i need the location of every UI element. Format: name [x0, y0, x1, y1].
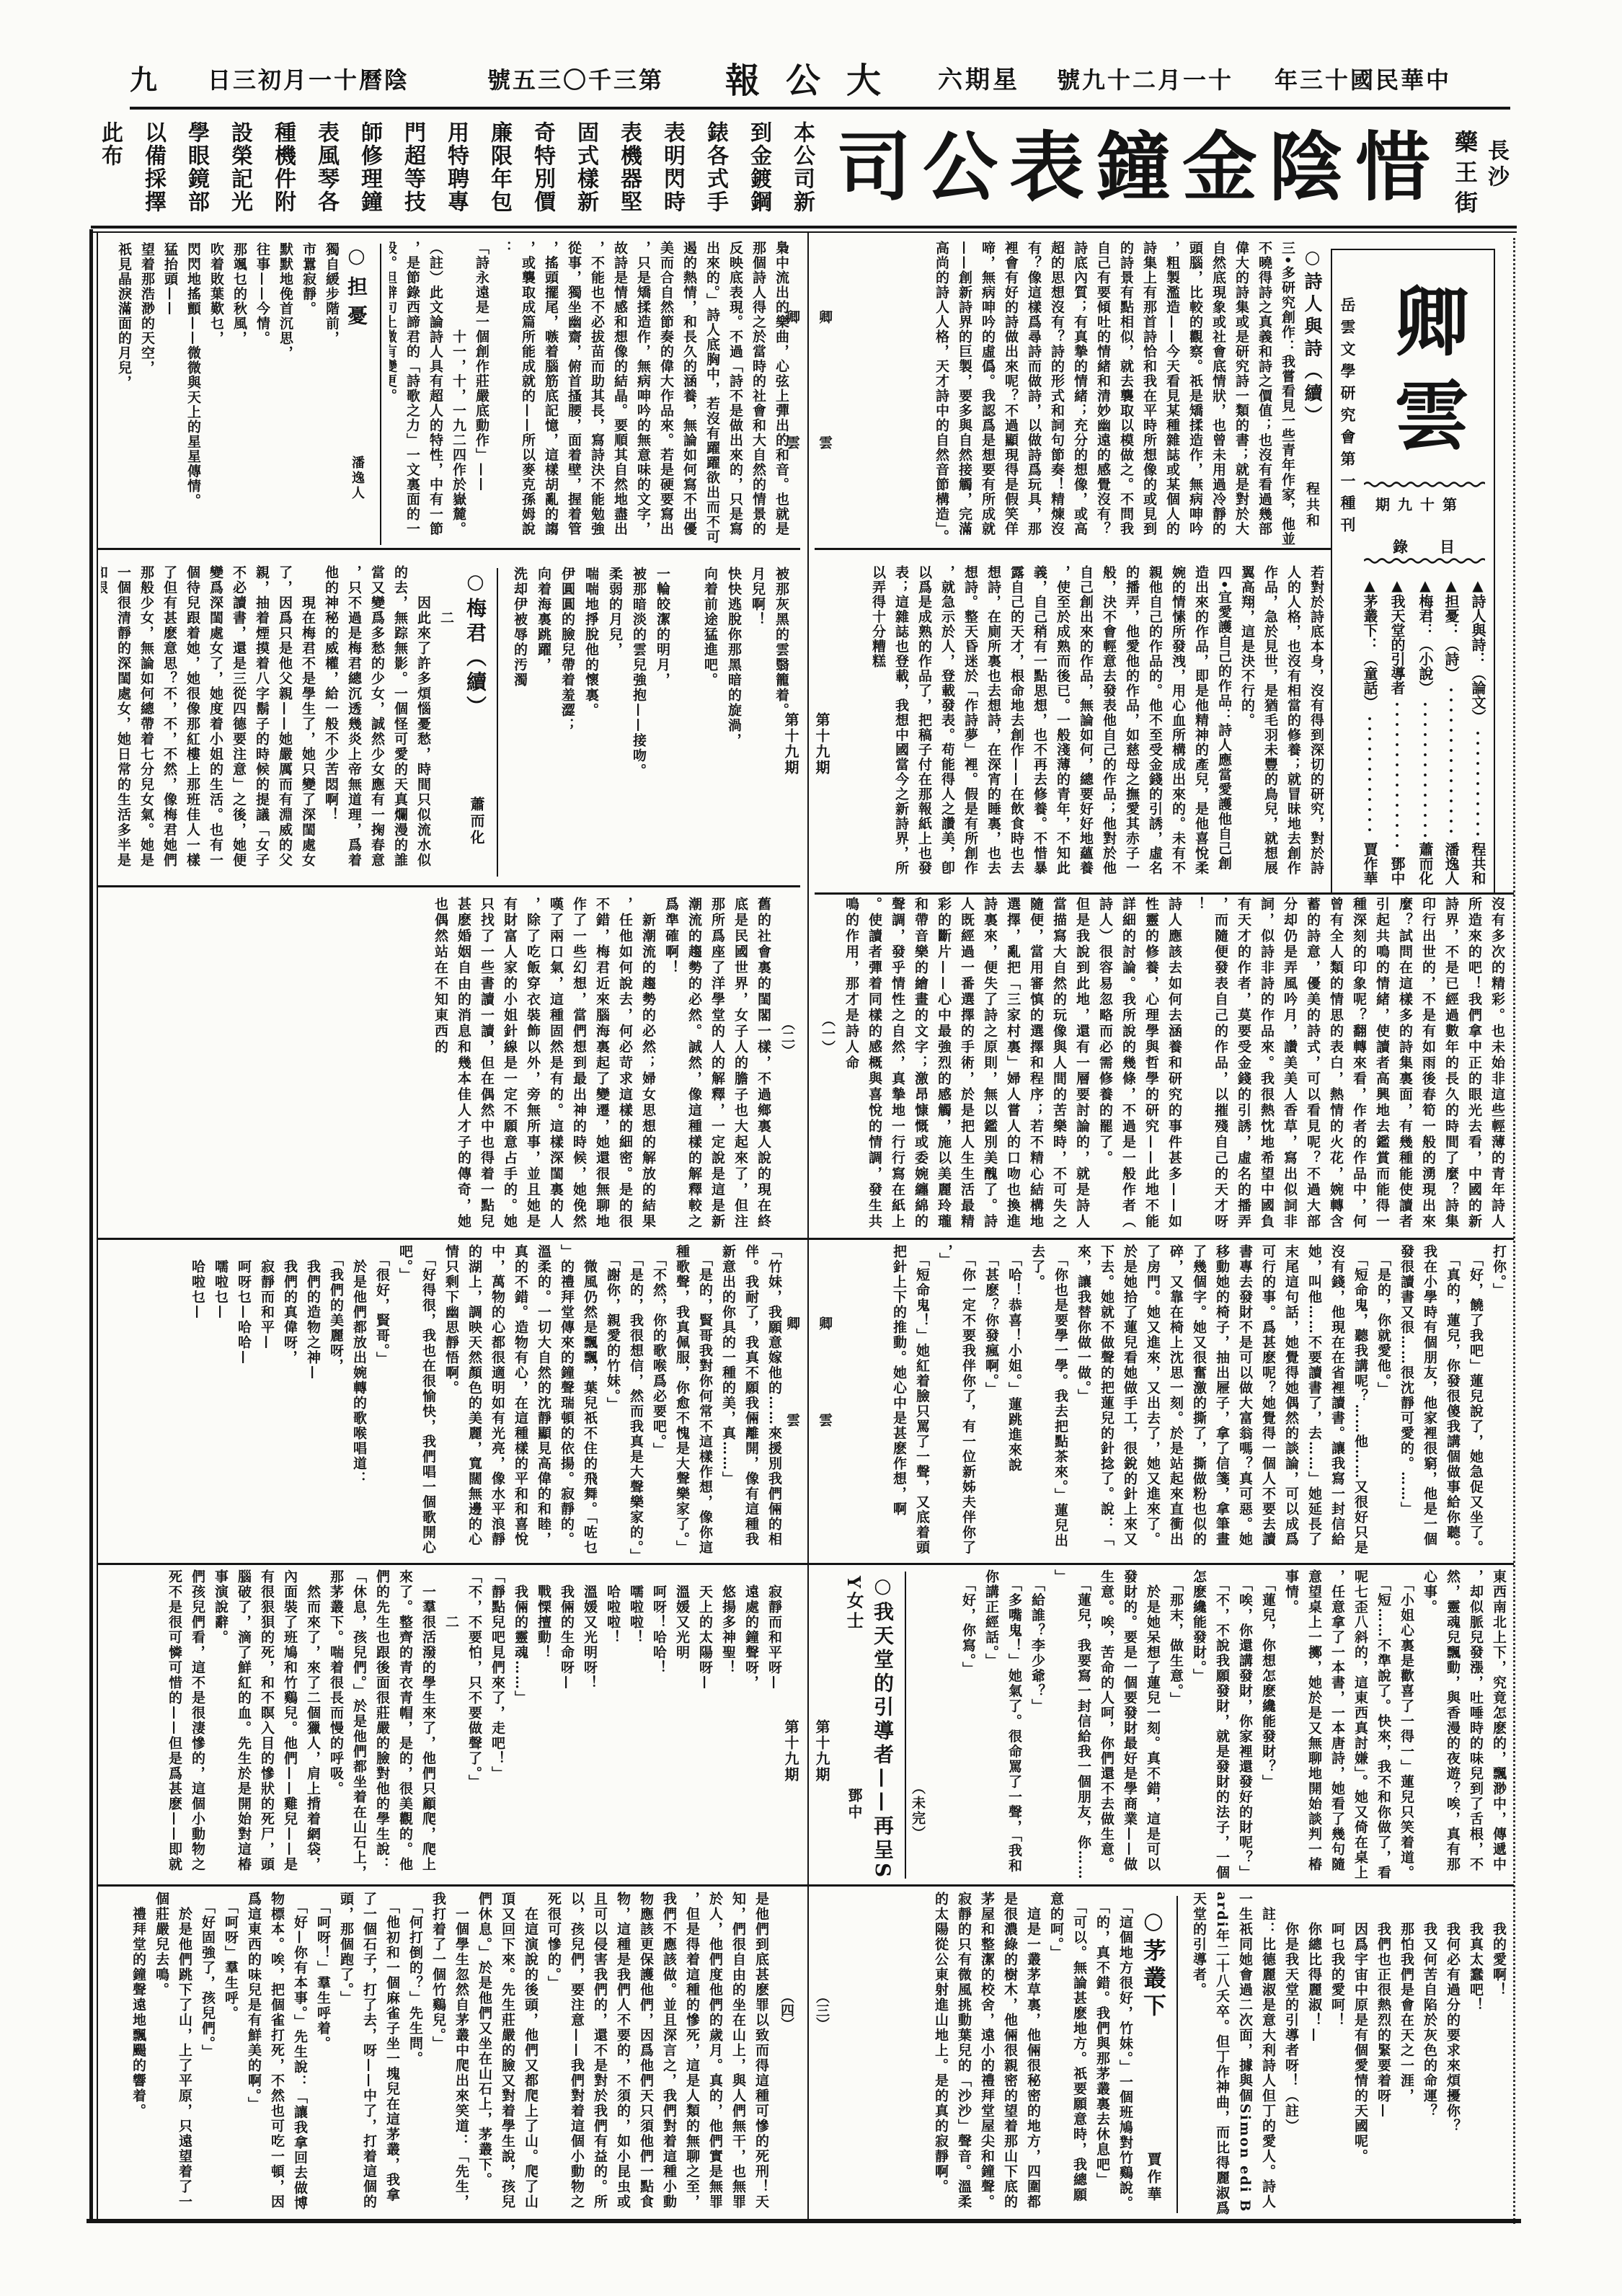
article-body-poets-and-poetry-end: 梟中流出的樂曲，心弦上彈出的和音。也就是那個詩人得之於當時的社會和大自然的情景的…: [389, 241, 793, 546]
toc-title: ▲詩人與詩: [1468, 577, 1488, 652]
ad-divider-thick: [91, 226, 1517, 229]
toc-title: ▲梅君: [1415, 577, 1435, 623]
paper-name: 大公報: [725, 63, 907, 98]
republic-year: 中華民國十三年: [1275, 68, 1451, 92]
gutter-label-title: 卿雲: [785, 1316, 799, 1510]
article-dedicatee: Y女士: [845, 1576, 862, 1631]
article-body-heaven-guide: 我的愛啊！ 我真太蠢吧！ 我何必有過分的要求來煩擾你？ 我又何苦自陷於灰色的命運…: [1182, 1892, 1510, 2216]
toc-genre: ：（詩）: [1441, 623, 1461, 681]
toc-title: ▲担憂: [1441, 577, 1461, 623]
header-divider: [130, 107, 1510, 110]
tier-divider: [97, 548, 800, 550]
toc-dot-leader: [1476, 728, 1480, 838]
article-body-under-thatch-4: 是他們到底甚麽罪以致而得這種可慘的死刑！天知，們很自由的坐在山上，與人們無干，也…: [101, 1892, 773, 2216]
page-number: 九: [130, 66, 157, 94]
column-separator: [380, 244, 381, 545]
right-perforated-edge: [1513, 238, 1515, 2224]
toc-title: ▲我天堂的引導者: [1387, 577, 1407, 695]
supplement-title: 卿雲: [1388, 283, 1463, 470]
article-body-poets-and-poetry: 三•多研究創作：我嘗看見一些青年作家，他並不曉得詩之真義和詩之價值；也沒有看過幾…: [836, 241, 1299, 546]
article-author: 蕭而化: [469, 797, 484, 846]
tier-divider: [97, 1884, 1514, 1887]
poem-body-worry-2: 被那灰黑的雲翳籠着。 月兒啊！ 快快逃脫你那黑暗的旋渦， 向着前途猛進吧。 一輪…: [501, 567, 793, 879]
supplement-issue-number: 第十九期: [1375, 497, 1465, 512]
wavy-rule: [1364, 557, 1485, 565]
article-body-poets-and-poetry-2: 若對於詩底本身，沒有得到深切的研究，對於詩人的人格，也沒有相當的修養；就冒昧地去…: [836, 565, 1328, 879]
article-heading-mei-jun: ○梅君（續）: [465, 569, 485, 720]
article-body-under-thatch-2: 「竹妹，我願意嫁他的……來援別我們倆的相伴。我耐了，我真不願我倆離開，像有這種我…: [101, 1244, 786, 1560]
gutter-label-title: 卿雲: [817, 310, 831, 561]
toc-item-under-thatch[interactable]: ▲茅叢下 ：（童話） 賈作華: [1360, 577, 1380, 885]
ad-street: 藥王街: [1453, 130, 1476, 221]
column-separator: [1176, 1896, 1178, 2213]
article-body-mei-jun-2: 舊的社會裏的閨閣一樣，不過鄉裏人說的現在終底是民國世界，女子人的膽子也大起來了，…: [101, 897, 775, 1234]
gutter-label-title: 卿雲: [817, 1316, 831, 1510]
toc-heading: 目錄: [1393, 539, 1486, 554]
supplement-subtitle: 岳雲文學研究會第一種刊: [1340, 297, 1355, 539]
left-border-inner: [97, 232, 98, 2219]
gregorian-date: 十一月二十九號: [1057, 68, 1233, 92]
tier-divider: [97, 1563, 1514, 1565]
article-heading-under-thatch: ○茅叢下: [1142, 1907, 1165, 2021]
ad-divider-thin: [91, 231, 1517, 233]
gutter-label-issue: 第十九期: [815, 1719, 829, 1783]
article-author: 鄧中: [847, 1788, 861, 1821]
poem-body-worry: 獨自緩步階前， 市囂寂靜。 默默地俛首沉思， 往事——今情。 那颯乜的秋風， 吹…: [102, 242, 343, 546]
article-heading-poets-and-poetry: ○詩人與詩（續）: [1303, 247, 1321, 428]
ad-city: 長沙: [1485, 139, 1507, 191]
article-body-mei-jun-4: 東西南北上下，究竟怎麽的，飄渺中，傳遞中，却似脈兒發漲，吐唾時的味兒到了舌根，不…: [930, 1569, 1510, 1881]
toc-item-poets-and-poetry[interactable]: ▲詩人與詩 ：（論文） 程共和: [1468, 577, 1488, 885]
toc-dot-leader: [1395, 699, 1399, 852]
article-body-under-thatch: 「這個地方很好，竹妹。」一個班鳩對竹鷄說。 「的，真不錯。我們與那茅叢裏去休息吧…: [840, 1892, 1137, 2216]
tier-divider: [97, 885, 800, 887]
ad-body-text: 本公司新到金鍍鋼錶各式手表明閃時表機器堅固式樣新奇特別價廉限年包用特聘專門超等技…: [88, 121, 823, 222]
bottom-border: [87, 2219, 1521, 2223]
wavy-rule: [1364, 480, 1485, 489]
gutter-label-issue: 第十九期: [815, 712, 829, 776]
issue-number: 第三千〇三五號: [487, 68, 664, 92]
left-border: [89, 229, 93, 2223]
ad-company-name: 惜陰金鐘表公司: [836, 130, 1442, 205]
article-author: 潘逸人: [350, 456, 363, 501]
toc-genre: ：（論文）: [1468, 652, 1488, 724]
toc-item-heaven-guide[interactable]: ▲我天堂的引導者 鄧中: [1387, 577, 1407, 885]
article-heading-heaven-guide: ○我天堂的引導者——再呈S: [872, 1574, 892, 1881]
toc-item-worry[interactable]: ▲担憂 ：（詩） 潘逸人: [1441, 577, 1461, 885]
toc-genre: ：（童話）: [1360, 637, 1380, 709]
toc-author: 蕭而化: [1415, 842, 1435, 885]
section-marker: （二）: [780, 1016, 794, 1058]
weekday: 星期六: [938, 68, 1020, 92]
column-separator: [497, 568, 498, 877]
toc-genre: ：（小說）: [1415, 623, 1435, 695]
toc-author: 賈作華: [1360, 842, 1380, 885]
center-gutter-line: [807, 232, 809, 2219]
article-author: 賈作華: [1146, 2152, 1161, 2204]
column-separator: [905, 1572, 906, 1879]
article-author: 程共和: [1305, 482, 1319, 529]
toc-item-mei-jun[interactable]: ▲梅君 ：（小說） 蕭而化: [1415, 577, 1435, 885]
toc-author: 鄧中: [1387, 856, 1407, 885]
article-body-under-thatch-3: 寂靜而和平呀— 遠處的鐘聲呀， 悠揚多神聖！ 天上的太陽呀— 溫媛又光明 呵呀！…: [101, 1569, 786, 1881]
gutter-label-issue: 第十九期: [784, 1719, 798, 1783]
article-heading-worry: ○担憂: [346, 244, 366, 334]
lunar-date: 陰曆十一月初三日: [208, 68, 409, 92]
toc-dot-leader: [1449, 685, 1453, 838]
section-marker: （四）: [779, 1990, 793, 2031]
section-marker: （一）: [820, 1013, 834, 1054]
tier-divider: [97, 1238, 1514, 1240]
toc-author: 潘逸人: [1441, 842, 1461, 885]
toc-author: 程共和: [1468, 842, 1488, 885]
article-body-poets-and-poetry-3: 沒有多次的精彩。也未始非這些輕薄的青年詩人所造來的吧！我們拿中正的眼光去看，中國…: [842, 897, 1509, 1234]
toc-dot-leader: [1423, 699, 1427, 838]
to-be-continued-marker: （未完）: [910, 1781, 924, 1841]
section-marker: （三）: [815, 1990, 828, 2031]
toc-title: ▲茅叢下: [1360, 577, 1380, 637]
toc-dot-leader: [1368, 714, 1372, 838]
tier-divider: [815, 548, 1331, 550]
article-body-mei-jun: 二 因此來了許多煩惱憂愁，時間只似流水似的去，無踪無影。一個怪可愛的天真爛漫的誰…: [101, 565, 458, 879]
article-body-mei-jun-3: 打你。」 「好，饒了我吧」蓮兒說了，她急促又坐了。 「真的，蓮兒，你發很傻我講個…: [836, 1244, 1510, 1560]
